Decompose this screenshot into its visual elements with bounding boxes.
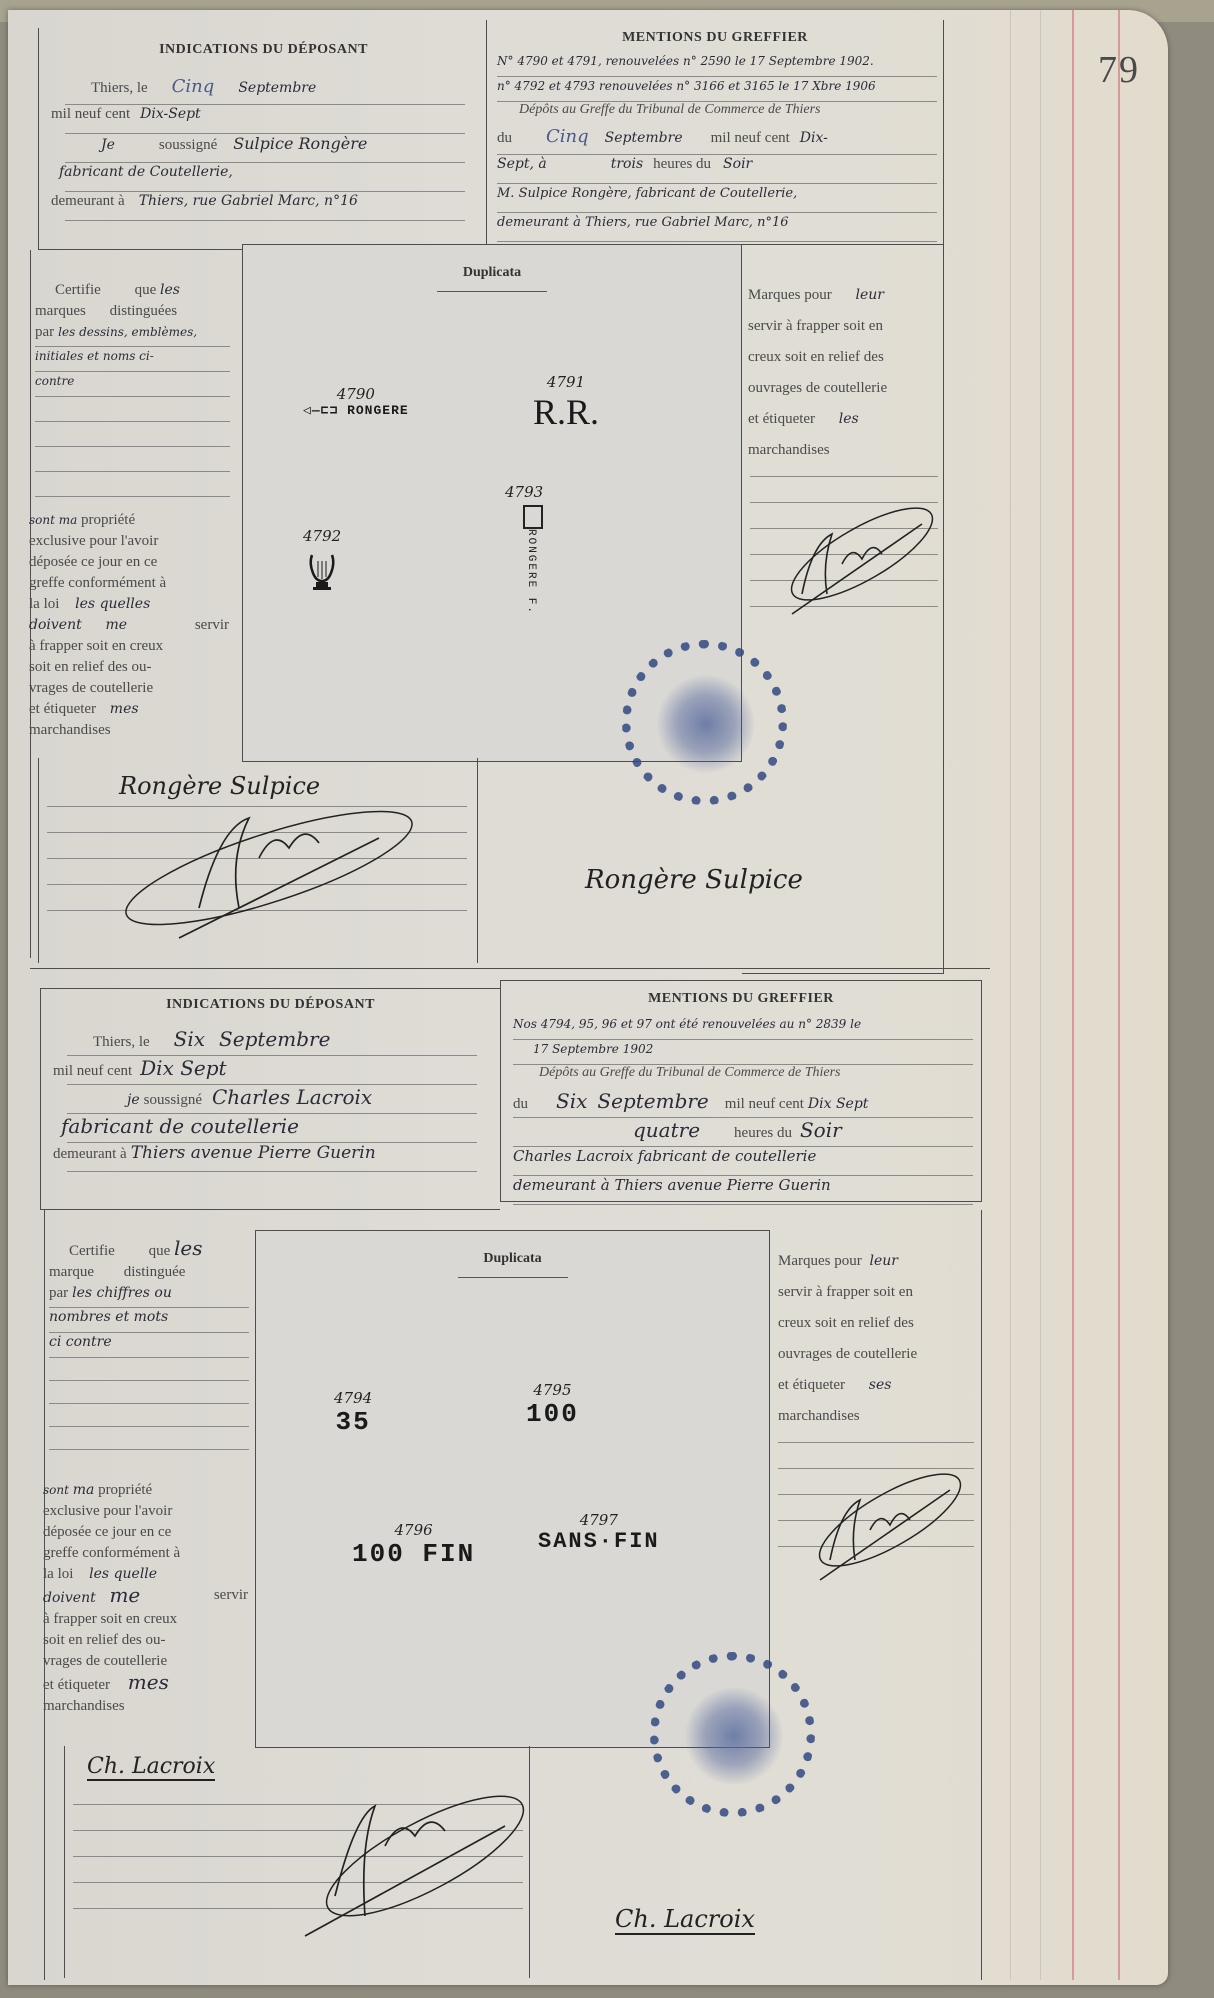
mil-neuf-cent-label: mil neuf cent xyxy=(51,106,130,122)
propriete-text: exclusive pour l'avoir xyxy=(29,531,229,552)
marque-label: marques xyxy=(35,303,86,319)
description-3: ci contre xyxy=(49,1334,112,1350)
marque-pour-label: Marques pour xyxy=(778,1253,862,1269)
thiers-le-label: Thiers, le xyxy=(91,80,148,96)
note-line-2: 17 Septembre 1902 xyxy=(513,1040,973,1065)
par-label: par xyxy=(49,1285,68,1301)
trademark-4792: 4792 xyxy=(303,527,341,598)
marque-pour-text: et étiqueter xyxy=(778,1377,845,1393)
sont-prefix: sont xyxy=(43,1483,69,1497)
renewal-note-1: Nos 4794, 95, 96 et 97 ont été renouvelé… xyxy=(513,1017,861,1031)
mil-neuf-cent-label: mil neuf cent xyxy=(53,1063,132,1079)
que-label: que xyxy=(149,1243,171,1259)
depot-year-a: Dix Sept xyxy=(808,1096,869,1112)
trademark-4794: 4794 35 xyxy=(334,1389,372,1437)
propriete-text: marchandises xyxy=(29,720,229,741)
doivent-line: doivent me servir xyxy=(29,615,229,636)
marque-pour-text: servir à frapper soit en xyxy=(778,1277,976,1308)
deposant-heading: INDICATIONS DU DÉPOSANT xyxy=(39,42,488,58)
mark-number: 4796 xyxy=(352,1521,475,1539)
knife-logo-icon: ◁—⊏⊐ RONGERE xyxy=(303,403,409,418)
vertical-stamp-text: RONGERE F. xyxy=(525,529,537,615)
marque-pour-column: Marques pour leur servir à frapper soit … xyxy=(770,1210,982,1980)
me: me xyxy=(109,1583,140,1607)
ruled-column-line xyxy=(1010,10,1011,1980)
date-month: Septembre xyxy=(238,80,316,96)
certifie-line: Certifie que les xyxy=(35,280,230,301)
mark-content: 100 xyxy=(526,1399,579,1429)
deposant-box: INDICATIONS DU DÉPOSANT Thiers, le Six S… xyxy=(40,988,500,1210)
name-line: je soussigné Charles Lacroix xyxy=(67,1085,477,1114)
depot-hour: quatre xyxy=(633,1118,700,1142)
ses: ses xyxy=(869,1377,892,1393)
mark-number: 4797 xyxy=(538,1511,660,1529)
propriete-line: sont ma propriété xyxy=(43,1480,248,1501)
depot-hour: trois xyxy=(611,156,643,172)
mark-content: 100 FIN xyxy=(352,1539,475,1569)
mark-number: 4793 xyxy=(505,483,543,501)
renewal-note-2: 17 Septembre 1902 xyxy=(533,1042,653,1056)
propriete-text: à frapper soit en creux xyxy=(29,636,229,657)
description-line-3: ci contre xyxy=(49,1333,249,1358)
deposant-name: Sulpice Rongère xyxy=(233,134,367,153)
date-day: Six xyxy=(174,1027,205,1051)
certifie-label: Certifie xyxy=(69,1243,115,1259)
possessive: ma xyxy=(59,513,78,527)
depot-date-line: du Cinq Septembre mil neuf cent Dix- xyxy=(497,126,937,155)
deposant-signature-box: Rongère Sulpice xyxy=(38,758,478,963)
blank-line xyxy=(49,1427,249,1450)
possessive: ma xyxy=(73,1482,95,1498)
marque-pour-text: creux soit en relief des xyxy=(748,342,938,373)
mark-number: 4790 xyxy=(303,385,409,403)
marque-label: marque xyxy=(49,1264,94,1280)
je-label: Je xyxy=(101,137,115,153)
mark-content: SANS·FIN xyxy=(538,1529,660,1554)
date-line: Thiers, le Six Septembre xyxy=(67,1027,477,1056)
propriete-block: sont ma propriété exclusive pour l'avoir… xyxy=(43,1480,248,1717)
doivent-line: doivent me servir xyxy=(43,1585,248,1609)
propriete-block: sont ma propriété exclusive pour l'avoir… xyxy=(29,510,229,741)
address: Thiers, rue Gabriel Marc, n°16 xyxy=(139,193,358,209)
deposant-heading: INDICATIONS DU DÉPOSANT xyxy=(41,997,500,1013)
marque-pour-text: ouvrages de coutellerie xyxy=(748,373,938,404)
description-3: contre xyxy=(35,374,74,388)
ruled-column-line xyxy=(1040,10,1041,1980)
soussigne-label: soussigné xyxy=(144,1092,202,1108)
propriete-text: greffe conformément à xyxy=(29,573,229,594)
deposant-duplicate-signature: Ch. Lacroix xyxy=(615,1905,755,1935)
du-label: du xyxy=(497,130,512,146)
depot-month: Septembre xyxy=(605,130,683,146)
greffier-fields: N° 4790 et 4791, renouvelées n° 2590 le … xyxy=(497,52,937,242)
description-line-2: nombres et mots xyxy=(49,1308,249,1333)
deposant-signature: Rongère Sulpice xyxy=(119,772,320,800)
marque-pour-text: et étiqueter xyxy=(748,411,815,427)
profession: fabricant de coutellerie xyxy=(61,1114,299,1138)
propriete-text: soit en relief des ou- xyxy=(29,657,229,678)
depot-address: demeurant à Thiers, rue Gabriel Marc, n°… xyxy=(497,215,789,230)
year-line: mil neuf cent Dix-Sept xyxy=(65,105,465,134)
par-line: par les chiffres ou xyxy=(49,1283,249,1308)
trademark-4796: 4796 100 FIN xyxy=(352,1521,475,1569)
initials-mark: R.R. xyxy=(533,391,599,433)
trademark-4797: 4797 SANS·FIN xyxy=(538,1511,660,1554)
mark-number: 4795 xyxy=(526,1381,579,1399)
blank-line xyxy=(49,1381,249,1404)
doivent: doivent xyxy=(43,1590,96,1606)
certifie-line: Certifie que les xyxy=(49,1238,249,1262)
doivent: doivent xyxy=(29,617,82,633)
servir: servir xyxy=(195,615,229,636)
loi-line: la loi les quelles xyxy=(29,594,229,615)
depot-name-line: Charles Lacroix fabricant de coutellerie xyxy=(513,1147,973,1176)
deposant-fields: Thiers, le Cinq Septembre mil neuf cent … xyxy=(65,76,465,221)
me: me xyxy=(105,617,127,633)
deposant-duplicate-signature: Rongère Sulpice xyxy=(585,865,803,895)
profession-line: fabricant de Coutellerie, xyxy=(65,163,465,192)
du-label: du xyxy=(513,1096,528,1112)
marque-pour-text: servir à frapper soit en xyxy=(748,311,938,342)
note-line-1: Nos 4794, 95, 96 et 97 ont été renouvelé… xyxy=(513,1015,973,1040)
propriete-text: la loi xyxy=(43,1566,73,1582)
year-words: Dix Sept xyxy=(140,1056,226,1080)
propriete-text: exclusive pour l'avoir xyxy=(43,1501,248,1522)
propriete-text: greffe conformément à xyxy=(43,1543,248,1564)
blank-line xyxy=(35,447,230,472)
description-2: nombres et mots xyxy=(49,1309,168,1325)
marque-pour-block: Marques pour leur servir à frapper soit … xyxy=(748,280,938,466)
mes: mes xyxy=(128,1670,169,1694)
name-line: Je soussigné Sulpice Rongère xyxy=(65,134,465,163)
note-line-1: N° 4790 et 4791, renouvelées n° 2590 le … xyxy=(497,52,937,77)
depot-date-line: du Six Septembre mil neuf cent Dix Sept xyxy=(513,1089,973,1118)
propriete-text: vrages de coutellerie xyxy=(29,678,229,699)
propriete-line: sont ma propriété xyxy=(29,510,229,531)
deposant-box: INDICATIONS DU DÉPOSANT Thiers, le Cinq … xyxy=(38,28,488,250)
red-margin-rule xyxy=(1118,10,1120,1980)
distinguee-label: distinguées xyxy=(110,303,178,319)
depot-name-line: M. Sulpice Rongère, fabricant de Coutell… xyxy=(497,184,937,213)
leur: leur xyxy=(855,287,883,303)
depot-address-line: demeurant à Thiers, rue Gabriel Marc, n°… xyxy=(497,213,937,242)
date-month: Septembre xyxy=(219,1027,330,1051)
deposant-signature-box: Ch. Lacroix xyxy=(64,1746,530,1978)
year-line: mil neuf cent Dix Sept xyxy=(67,1056,477,1085)
vertical-stamp-icon xyxy=(523,505,543,529)
greffier-heading: MENTIONS DU GREFFIER xyxy=(487,30,943,46)
mark-number: 4791 xyxy=(533,373,599,391)
depots-label: Dépôts au Greffe du Tribunal de Commerce… xyxy=(539,1065,973,1089)
greffier-box: MENTIONS DU GREFFIER Nos 4794, 95, 96 et… xyxy=(500,980,982,1202)
propriete-text: vrages de coutellerie xyxy=(43,1651,248,1672)
duplicata-underline xyxy=(437,291,547,292)
sont-prefix: sont xyxy=(29,513,55,527)
je-label: je xyxy=(127,1092,140,1108)
profession-line: fabricant de coutellerie xyxy=(67,1114,477,1143)
propriete-text: à frapper soit en creux xyxy=(43,1609,248,1630)
marque-pour-line: Marques pour leur xyxy=(778,1246,976,1277)
marque-pour-text: ouvrages de coutellerie xyxy=(778,1339,976,1370)
greffier-box: MENTIONS DU GREFFIER N° 4790 et 4791, re… xyxy=(486,20,944,245)
heures-du-label: heures du xyxy=(653,156,711,172)
lesquelles: les quelle xyxy=(89,1566,157,1582)
depot-name: M. Sulpice Rongère, fabricant de Coutell… xyxy=(497,186,797,201)
mes: mes xyxy=(110,701,139,717)
blank-line xyxy=(49,1358,249,1381)
lesquelles: les quelles xyxy=(75,596,150,612)
marque-pour-label: Marques pour xyxy=(748,287,832,303)
depot-hour-line: Sept, à trois heures du Soir xyxy=(497,155,937,184)
mil-neuf-cent-label: mil neuf cent xyxy=(711,130,790,146)
description-2: initiales et noms ci- xyxy=(35,349,154,363)
par-line: par les dessins, emblèmes, xyxy=(35,322,230,347)
depot-period: Soir xyxy=(723,156,752,172)
depot-year-b: Sept, à xyxy=(497,156,547,172)
trademark-4791: 4791 R.R. xyxy=(533,373,599,433)
description-line-3: contre xyxy=(35,372,230,397)
demeurant-label: demeurant à xyxy=(51,193,125,209)
propriete-text: propriété xyxy=(98,1482,152,1498)
mil-neuf-cent-label: mil neuf cent xyxy=(725,1096,804,1112)
thiers-le-label: Thiers, le xyxy=(93,1034,150,1050)
trademark-4790: 4790 ◁—⊏⊐ RONGERE xyxy=(303,385,409,418)
depot-year-a: Dix- xyxy=(800,130,828,146)
mark-number: 4794 xyxy=(334,1389,372,1407)
marque-pour-block: Marques pour leur servir à frapper soit … xyxy=(778,1246,976,1432)
mark-number: 4792 xyxy=(303,527,341,545)
etiqueter-line: et étiqueter mes xyxy=(43,1672,248,1696)
propriete-text: déposée ce jour en ce xyxy=(29,552,229,573)
depots-label: Dépôts au Greffe du Tribunal de Commerce… xyxy=(519,102,937,126)
heures-du-label: heures du xyxy=(734,1125,792,1141)
description-1: les chiffres ou xyxy=(72,1285,172,1301)
date-day: Cinq xyxy=(172,76,215,97)
propriete-text: soit en relief des ou- xyxy=(43,1630,248,1651)
propriete-text: propriété xyxy=(81,512,135,528)
certifie-block: Certifie que les marques distinguées par… xyxy=(35,280,230,497)
address-line: demeurant à Thiers, rue Gabriel Marc, n°… xyxy=(65,192,465,221)
que-value: les xyxy=(174,1236,203,1260)
mark-content: 35 xyxy=(334,1407,372,1437)
renewal-note-2: n° 4792 et 4793 renouvelées n° 3166 et 3… xyxy=(497,79,876,93)
deposant-signature: Ch. Lacroix xyxy=(87,1754,215,1781)
demeurant-label: demeurant à xyxy=(53,1146,127,1162)
etiqueter-line: et étiqueter mes xyxy=(29,699,229,720)
marque-line: marques distinguées xyxy=(35,301,230,322)
duplicata-title: Duplicata xyxy=(256,1251,769,1267)
blank-line xyxy=(35,472,230,497)
propriete-text: marchandises xyxy=(43,1696,248,1717)
par-label: par xyxy=(35,324,54,340)
tribunal-stamp-icon xyxy=(622,640,787,805)
marque-pour-line: Marques pour leur xyxy=(748,280,938,311)
deposant-fields: Thiers, le Six Septembre mil neuf cent D… xyxy=(67,1027,477,1172)
deposant-name: Charles Lacroix xyxy=(212,1085,372,1109)
marque-pour-text: marchandises xyxy=(748,435,938,466)
note-line-2: n° 4792 et 4793 renouvelées n° 3166 et 3… xyxy=(497,77,937,102)
que-value: les xyxy=(160,282,180,298)
etiqueter-line: et étiqueter les xyxy=(748,404,938,435)
propriete-text: la loi xyxy=(29,596,59,612)
entry-separator xyxy=(30,968,990,969)
address-line: demeurant à Thiers avenue Pierre Guerin xyxy=(67,1143,477,1172)
marque-pour-text: marchandises xyxy=(778,1401,976,1432)
depot-address-line: demeurant à Thiers avenue Pierre Guerin xyxy=(513,1176,973,1205)
year-words: Dix-Sept xyxy=(140,106,201,122)
depot-address: demeurant à Thiers avenue Pierre Guerin xyxy=(513,1176,831,1194)
marque-line: marque distinguée xyxy=(49,1262,249,1283)
servir: servir xyxy=(214,1585,248,1606)
page-number: 79 xyxy=(1098,48,1140,92)
etiqueter-line: et étiqueter ses xyxy=(778,1370,976,1401)
trademark-4795: 4795 100 xyxy=(526,1381,579,1429)
distinguee-label: distinguée xyxy=(124,1264,186,1280)
propriete-text: et étiqueter xyxy=(43,1677,110,1693)
greffier-fields: Nos 4794, 95, 96 et 97 ont été renouvelé… xyxy=(513,1015,973,1205)
greffier-signature-icon xyxy=(762,494,942,634)
depot-month: Septembre xyxy=(597,1089,708,1113)
que-label: que xyxy=(135,282,157,298)
tribunal-stamp-icon xyxy=(650,1652,815,1817)
greffier-signature-icon xyxy=(790,1460,970,1600)
greffier-paraph-icon xyxy=(245,1786,545,1946)
marque-pour-text: creux soit en relief des xyxy=(778,1308,976,1339)
blank-line xyxy=(35,397,230,422)
red-margin-rule xyxy=(1072,10,1074,1980)
lyre-icon xyxy=(307,551,337,593)
blank-line xyxy=(35,422,230,447)
duplicata-title: Duplicata xyxy=(243,265,741,281)
description-1: les dessins, emblèmes, xyxy=(58,325,197,339)
date-line: Thiers, le Cinq Septembre xyxy=(65,76,465,105)
propriete-text: déposée ce jour en ce xyxy=(43,1522,248,1543)
profession: fabricant de Coutellerie, xyxy=(59,164,233,180)
depot-name: Charles Lacroix fabricant de coutellerie xyxy=(513,1147,816,1165)
les: les xyxy=(839,411,859,427)
propriete-text: et étiqueter xyxy=(29,701,96,717)
depot-period: Soir xyxy=(800,1118,842,1142)
address: Thiers avenue Pierre Guerin xyxy=(131,1143,376,1163)
greffier-paraph-icon xyxy=(109,798,429,958)
soussigne-label: soussigné xyxy=(159,137,217,153)
description-line-2: initiales et noms ci- xyxy=(35,347,230,372)
duplicata-underline xyxy=(458,1277,568,1278)
certifie-label: Certifie xyxy=(55,282,101,298)
depot-day: Cinq xyxy=(546,126,589,147)
leur: leur xyxy=(869,1253,897,1269)
greffier-heading: MENTIONS DU GREFFIER xyxy=(501,991,981,1007)
blank-line xyxy=(49,1404,249,1427)
trademark-4793: 4793 RONGERE F. xyxy=(505,483,543,615)
depot-day: Six xyxy=(556,1089,587,1113)
depot-hour-line: quatre heures du Soir xyxy=(513,1118,973,1147)
renewal-note-1: N° 4790 et 4791, renouvelées n° 2590 le … xyxy=(497,54,874,68)
loi-line: la loi les quelle xyxy=(43,1564,248,1585)
certifie-block: Certifie que les marque distinguée par l… xyxy=(49,1238,249,1450)
